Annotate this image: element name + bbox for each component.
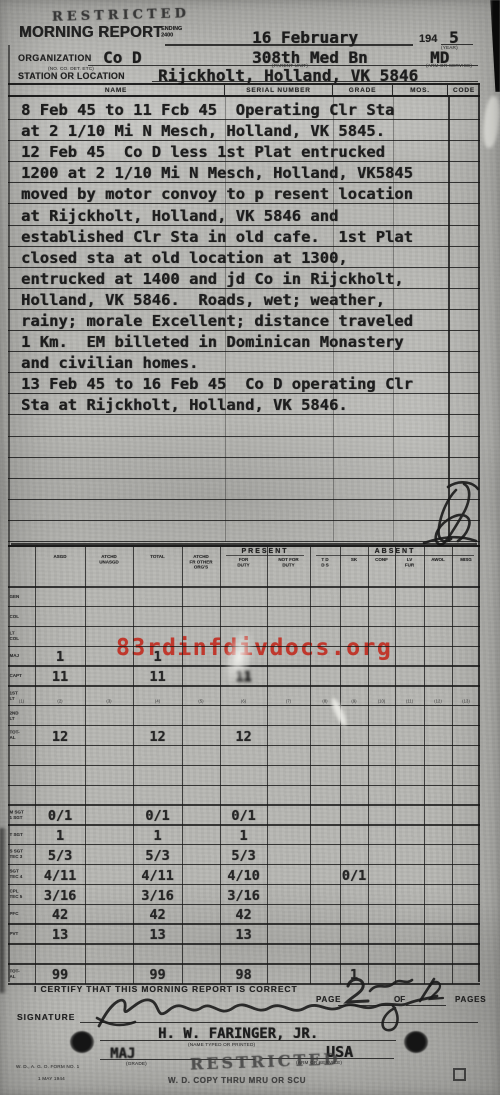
stats-row-label: PFC <box>8 905 35 925</box>
grade-sublabel: (GRADE) <box>126 1062 147 1067</box>
stats-value-cell: 0/1 <box>36 805 84 825</box>
stats-row-label: TOT- AL <box>8 964 35 984</box>
stats-col-number: (13) <box>456 700 476 981</box>
stats-group-present: PRESENT <box>226 548 304 556</box>
roster-col-serial-number: SERIAL NUMBER <box>225 85 333 95</box>
stats-col-number: (11) <box>399 700 419 981</box>
stats-col-header: AWOL <box>428 558 449 563</box>
roster-col-mos-: MOS. <box>393 85 448 95</box>
stats-value-cell: 1 <box>36 825 84 845</box>
roster-line: rainy; morale Excellent; distance travel… <box>8 310 480 331</box>
roster-tick-serial <box>225 97 226 542</box>
roster-line <box>8 479 480 500</box>
roster-line: 1 Km. EM billeted in Dominican Monastery <box>8 331 480 352</box>
stats-row-label: 1ST LT <box>8 686 35 706</box>
stats-value-cell: 1 <box>221 825 266 845</box>
stats-value-cell: 5/3 <box>221 845 266 865</box>
roster-line <box>8 521 480 542</box>
stats-value-cell: 12 <box>134 726 181 746</box>
restricted-stamp-bottom: RESTRICTED <box>190 1049 341 1073</box>
roster-line-text: at Rijckholt, Holland, VK 5846 and <box>8 208 338 225</box>
roster-line: at 2 1/10 Mi N Mesch, Holland, VK 5845. <box>8 120 480 141</box>
stats-value-cell: 4/11 <box>36 865 84 885</box>
stats-value-cell: 42 <box>221 905 266 925</box>
stats-value-cell: 0/1 <box>341 865 367 885</box>
roster-line <box>8 437 480 458</box>
roster-line-text: Sta at Rijckholt, Holland, VK 5846. <box>8 397 348 414</box>
stats-value-cell: 4/11 <box>134 865 181 885</box>
stats-row-label: SGT TEC 4 <box>8 865 35 885</box>
stats-row-label: TOT- AL <box>8 726 35 746</box>
roster-line-text: 1 Km. EM billeted in Dominican Monastery <box>8 334 404 351</box>
stats-row-label: COL <box>8 607 35 627</box>
stats-col-number: (9) <box>344 700 364 981</box>
punch-hole-left <box>70 1031 94 1053</box>
stats-value-cell: 11 <box>134 666 181 686</box>
stats-value-cell: 99 <box>36 964 84 984</box>
stats-col-number: (3) <box>92 700 126 981</box>
copy-note: W. D. COPY THRU MRU OR SCU <box>168 1076 306 1085</box>
roster-line-text: established Clr Sta in old cafe. 1st Pla… <box>8 229 413 246</box>
initials-scrawl <box>418 478 482 552</box>
roster-line-text: Holland, VK 5846. Roads, wet; weather, <box>8 292 385 309</box>
restricted-stamp-top: RESTRICTED <box>52 6 190 25</box>
signature-label: SIGNATURE <box>17 1012 75 1022</box>
stats-col-number: (5) <box>188 700 215 981</box>
stats-row-label: 2ND LT <box>8 706 35 726</box>
arm-service-sublabel: (ARM OR SERVICE) <box>426 64 472 69</box>
stats-value-cell: 42 <box>36 905 84 925</box>
roster-line: 1200 at 2 1/10 Mi N Mesch, Holland, VK58… <box>8 162 480 183</box>
stats-col-header: NOT FOR DUTY <box>272 558 304 569</box>
stats-value-cell: 4/10 <box>221 865 266 885</box>
strength-stats-table: (1)ASGD(2)ATCHD UNASGD(3)TOTAL(4)ATCHD F… <box>8 545 480 982</box>
roster-line: moved by motor convoy to p resent locati… <box>8 183 480 204</box>
stats-value-cell: 13 <box>134 924 181 944</box>
stats-value-cell: 0/1 <box>221 805 266 825</box>
scan-edge-white-right <box>481 95 500 148</box>
roster-line-text: rainy; morale Excellent; distance travel… <box>8 313 413 330</box>
stats-col-header: ASGD <box>41 555 79 560</box>
roster-line: 13 Feb 45 to 16 Feb 45 Co D operating Cl… <box>8 373 480 394</box>
roster-line: Holland, VK 5846. Roads, wet; weather, <box>8 289 480 310</box>
stats-col-header: CONF <box>371 558 391 563</box>
stats-col-header: ATCHD FR OTHER ORG'S <box>187 555 216 571</box>
organization-label: ORGANIZATION <box>18 53 92 63</box>
roster-line-text: at 2 1/10 Mi N Mesch, Holland, VK 5845. <box>8 123 385 140</box>
stats-row-label: T SGT <box>8 825 35 845</box>
stats-value-cell: 99 <box>134 964 181 984</box>
stats-value-cell: 42 <box>134 905 181 925</box>
stats-value-cell: 13 <box>221 924 266 944</box>
stats-col-number: (10) <box>372 700 391 981</box>
stats-row-label: CPL TEC 5 <box>8 885 35 905</box>
roster-line: established Clr Sta in old cafe. 1st Pla… <box>8 226 480 247</box>
stats-group-absent: ABSENT <box>316 548 474 556</box>
roster-line-text: moved by motor convoy to p resent locati… <box>8 186 413 203</box>
roster-line: 8 Feb 45 to 11 Fcb 45 Operating Clr Sta <box>8 99 480 120</box>
form-date: 1 MAY 1944 <box>38 1077 65 1082</box>
roster-col-name: NAME <box>8 85 225 95</box>
stats-value-cell: 3/16 <box>36 885 84 905</box>
stats-row-label: GEN <box>8 587 35 607</box>
roster-line: closed sta at old location at 1300, <box>8 247 480 268</box>
roster-line: entrucked at 1400 and jd Co in Rijckholt… <box>8 268 480 289</box>
pages-label: PAGES <box>455 995 486 1004</box>
roster-line <box>8 415 480 436</box>
stats-col-header: ATCHD UNASGD <box>91 555 127 566</box>
roster-tick-mos <box>393 97 394 542</box>
stats-row-label: PVT <box>8 924 35 944</box>
stats-row-label: M SGT 1 SGT <box>8 805 35 825</box>
stats-value-cell: 0/1 <box>134 805 181 825</box>
roster-line: 12 Feb 45 Co D less 1st Plat entrucked <box>8 141 480 162</box>
roster-line: Sta at Rijckholt, Holland, VK 5846. <box>8 394 480 415</box>
certifying-name: H. W. FARINGER, JR. <box>158 1026 318 1042</box>
stats-value-cell: 98 <box>221 964 266 984</box>
stats-col-number: (8) <box>315 700 336 981</box>
stats-col-header: MISG <box>456 558 477 563</box>
roster-col-grade: GRADE <box>333 85 393 95</box>
stats-value-cell: 5/3 <box>36 845 84 865</box>
stats-value-cell: 12 <box>221 726 266 746</box>
roster-line-text: closed sta at old location at 1300, <box>8 250 348 267</box>
stats-value-cell: 13 <box>36 924 84 944</box>
stats-value-cell: 1 <box>134 825 181 845</box>
roster-col-code: CODE <box>448 85 480 95</box>
stats-value-cell: 1 <box>36 647 84 667</box>
roster-header-row: NAMESERIAL NUMBERGRADEMOS.CODE <box>8 83 480 97</box>
roster-line-text: and civilian homes. <box>8 355 198 372</box>
roster-line-text: 8 Feb 45 to 11 Fcb 45 Operating Clr Sta <box>8 102 394 119</box>
roster-line-text: 1200 at 2 1/10 Mi N Mesch, Holland, VK58… <box>8 165 413 182</box>
stats-value-cell: 3/16 <box>221 885 266 905</box>
stats-col-header: T D D S <box>314 558 337 569</box>
roster-tick-grade <box>333 97 334 542</box>
stats-col-header: SK <box>344 558 365 563</box>
roster-line <box>8 500 480 521</box>
ending-2400-label: ENDING 2400 <box>161 27 182 39</box>
morning-report-scan: RESTRICTED MORNING REPORT ENDING 2400 16… <box>0 0 500 1095</box>
stats-value-cell: 12 <box>36 726 84 746</box>
roster-lines: 8 Feb 45 to 11 Fcb 45 Operating Clr Staa… <box>8 99 480 542</box>
roster-line-text: 13 Feb 45 to 16 Feb 45 Co D operating Cl… <box>8 376 413 393</box>
punch-hole-right <box>404 1031 428 1053</box>
roster-line: at Rijckholt, Holland, VK 5846 and <box>8 204 480 225</box>
roster-line: and civilian homes. <box>8 352 480 373</box>
year-prefix: 194 <box>419 33 437 45</box>
scan-edge-bottom-left <box>0 828 7 993</box>
roster-line-text: 12 Feb 45 Co D less 1st Plat entrucked <box>8 144 385 161</box>
stamp-box-mark <box>453 1068 466 1081</box>
stats-col-number: (12) <box>428 700 448 981</box>
stats-col-header: LV FUR <box>399 558 421 569</box>
form-title: MORNING REPORT <box>19 24 163 42</box>
roster-line-text: entrucked at 1400 and jd Co in Rijckholt… <box>8 271 404 288</box>
stats-col-number: (7) <box>273 700 303 981</box>
stats-row-label: S SGT TEC 3 <box>8 845 35 865</box>
stats-row-label: CAPT <box>8 666 35 686</box>
stats-value-cell: 11 <box>36 666 84 686</box>
roster-code-divider <box>448 97 450 542</box>
roster-line <box>8 458 480 479</box>
stats-row-line <box>8 606 480 607</box>
name-sublabel: (NAME TYPED OR PRINTED) <box>188 1043 255 1048</box>
stats-row-label: MAJ <box>8 647 35 667</box>
date-value: 16 February <box>252 28 358 47</box>
stats-row-line <box>8 586 480 588</box>
stats-col-header: TOTAL <box>139 555 176 560</box>
stats-value-cell: 1 <box>134 647 181 667</box>
stats-value-cell: 3/16 <box>134 885 181 905</box>
stats-col-header: FOR DUTY <box>226 558 261 569</box>
stats-value-cell: 5/3 <box>134 845 181 865</box>
station-label: STATION OR LOCATION <box>18 71 125 81</box>
form-number: W. D., A. G. O. FORM NO. 1 <box>16 1065 79 1070</box>
scan-edge-top-right <box>487 0 500 92</box>
stats-row-label: LT COL <box>8 627 35 647</box>
